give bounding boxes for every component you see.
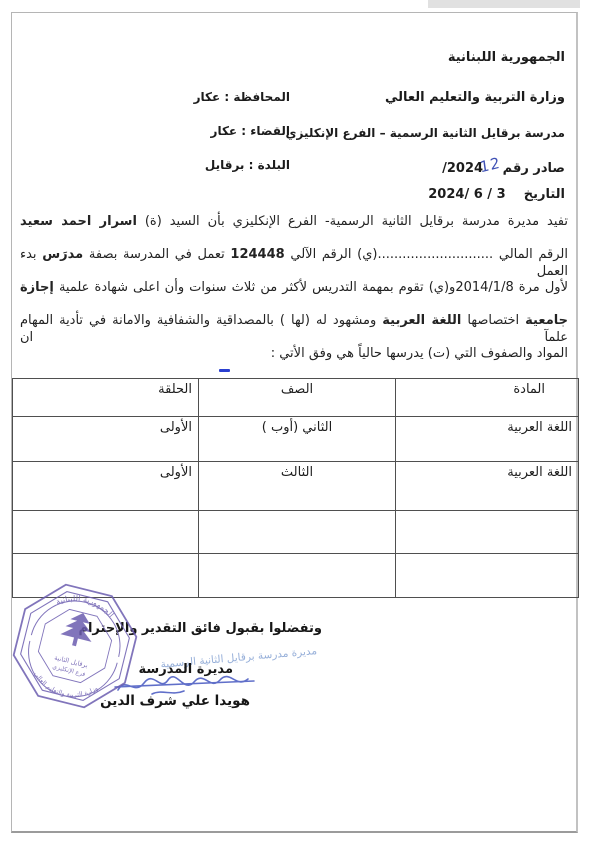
cell-class (199, 511, 396, 554)
table-row-empty (13, 511, 579, 554)
body-line-4: جامعية اختصاصها اللغة العربية ومشهود له … (20, 313, 568, 347)
document-page: الجمهورية اللبنانية وزارة التربية والتعل… (0, 0, 589, 844)
cell-class (199, 554, 396, 598)
body-line-3: لأول مرة 2014/1/8و(ي) تقوم بمهمة التدريس… (20, 280, 568, 297)
col-header-class: الصف (199, 379, 396, 417)
specialty-word: اللغة العربية (382, 313, 461, 328)
cell-subject (396, 511, 579, 554)
handwritten-issue-number: 12 (479, 153, 502, 177)
table-header-row: المادة الصف الحلقة (13, 379, 579, 417)
governorate-line: المحافظة : عكار (194, 90, 290, 105)
blue-pen-dash (219, 369, 230, 372)
date-value: 2024/ 6 / 3 (428, 187, 505, 202)
body-line-5: المواد والصفوف التي (ت) يدرسها حالياً هي… (20, 346, 568, 363)
body-line-2-mid: تعمل في المدرسة بصفة (83, 247, 230, 262)
cell-cycle: الأولى (13, 417, 199, 462)
table-row: اللغة العربية الثاني (أوب ) الأولى (13, 417, 579, 462)
cell-class: الثاني (أوب ) (199, 417, 396, 462)
body-line-4-mid: اختصاصها (461, 313, 525, 328)
body-line-1: تفيد مديرة مدرسة برقايل الثانية الرسمية-… (20, 214, 568, 231)
subjects-table: المادة الصف الحلقة اللغة العربية الثاني … (12, 378, 579, 598)
district-line: القضاء : عكار (211, 124, 290, 139)
cell-subject: اللغة العربية (396, 417, 579, 462)
cell-subject: اللغة العربية (396, 462, 579, 511)
table-row: اللغة العربية الثالث الأولى (13, 462, 579, 511)
col-header-cycle: الحلقة (13, 379, 199, 417)
auto-number: 124448 (230, 247, 284, 262)
cell-class: الثالث (199, 462, 396, 511)
university-word: جامعية (525, 313, 568, 328)
date-line: التاريخ 2024/ 6 / 3 (428, 187, 565, 203)
body-line-2: الرقم المالي ...........................… (20, 247, 568, 281)
official-stamp: الجمهورية اللبنانية وزارة التربية والتعل… (10, 576, 140, 716)
issued-label: صادر رقم (503, 161, 565, 176)
republic-title: الجمهورية اللبنانية (448, 50, 565, 66)
svg-text:الجمهورية اللبنانية: الجمهورية اللبنانية (53, 588, 118, 621)
financial-number-label: الرقم المالي ...........................… (285, 247, 568, 262)
town-line: البلدة : برقايل (205, 158, 290, 173)
svg-text:وزارة التربية والتعليم العالي: وزارة التربية والتعليم العالي (29, 669, 101, 706)
body-line-3-text: لأول مرة 2014/1/8و(ي) تقوم بمهمة التدريس… (54, 280, 568, 295)
col-header-subject: المادة (396, 379, 579, 417)
issued-number-line: صادر رقم 12/2024 (442, 158, 565, 177)
cell-cycle (13, 511, 199, 554)
stamp-bottom-arc-text: وزارة التربية والتعليم العالي (29, 669, 101, 706)
cell-subject (396, 554, 579, 598)
degree-word: إجازة (20, 280, 54, 295)
teacher-name: اسرار احمد سعيد (20, 214, 137, 229)
school-title: مدرسة برقايل الثانية الرسمية – الفرع الإ… (286, 126, 566, 141)
role-label: مدرَس (42, 247, 83, 262)
ministry-title: وزارة التربية والتعليم العالي (385, 90, 565, 106)
body-line-1-text: تفيد مديرة مدرسة برقايل الثانية الرسمية-… (137, 214, 568, 229)
stamp-top-arc-text: الجمهورية اللبنانية (53, 588, 118, 621)
scan-smudge (428, 0, 580, 8)
cell-cycle: الأولى (13, 462, 199, 511)
date-label: التاريخ (524, 187, 565, 202)
issued-year: /2024 (442, 161, 483, 176)
